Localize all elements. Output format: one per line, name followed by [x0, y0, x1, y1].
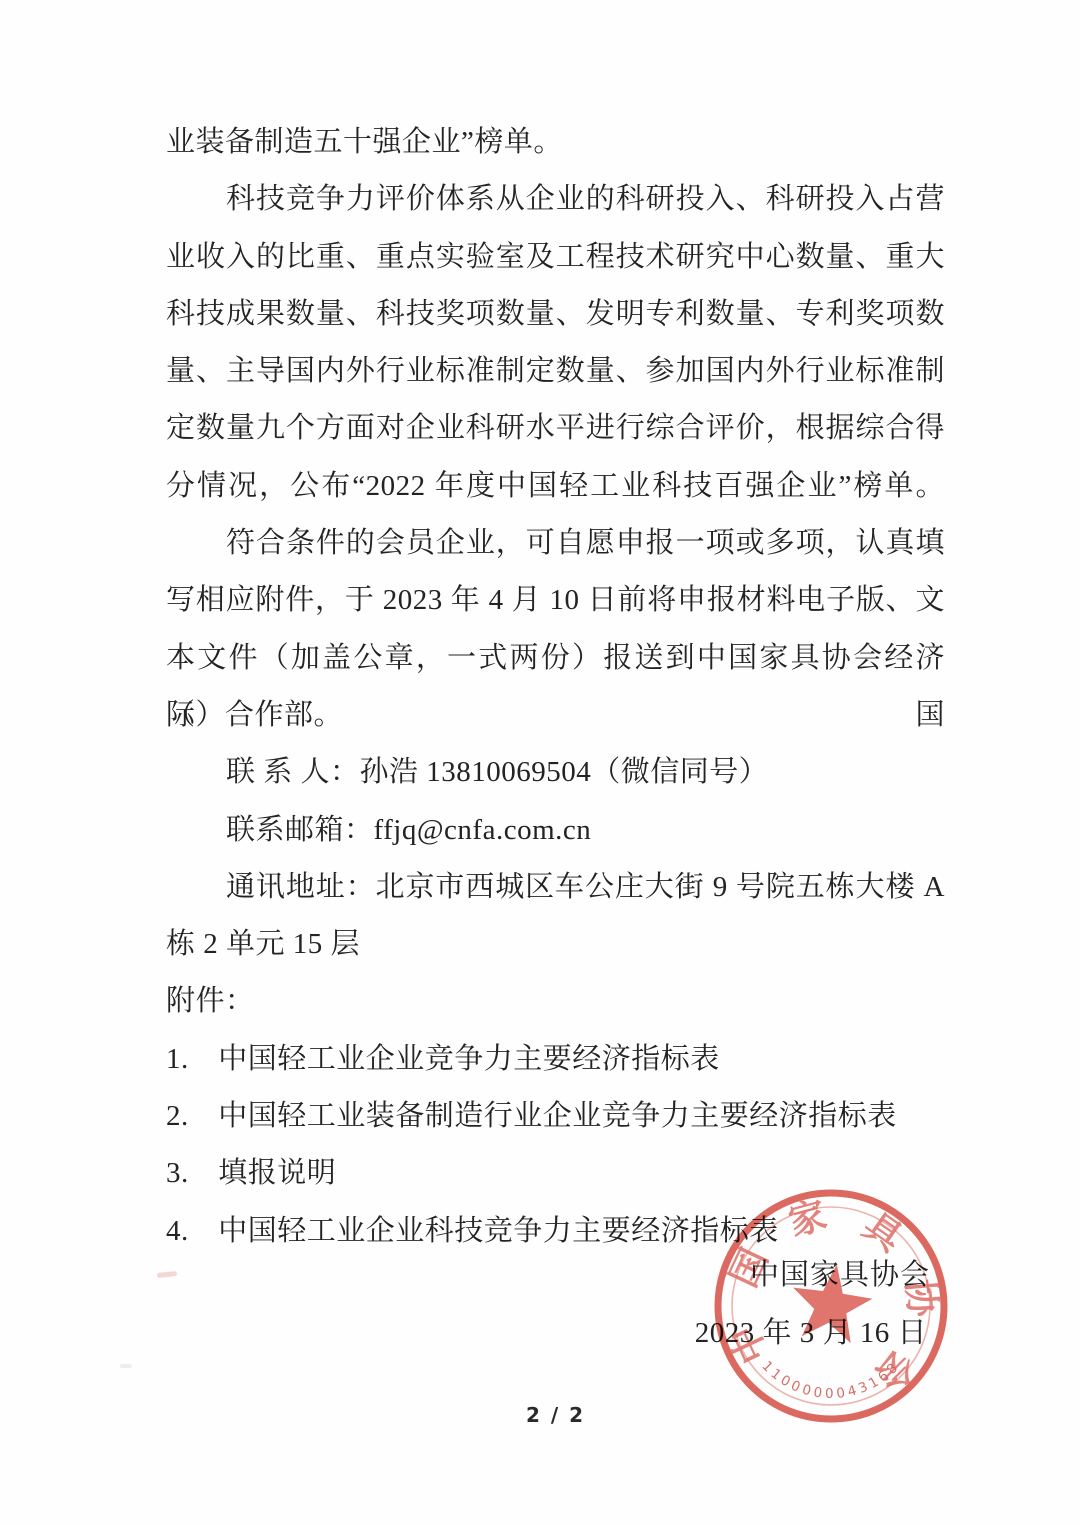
- text-line: 业装备制造五十强企业”榜单。: [166, 114, 945, 171]
- text-line: 1. 中国轻工业企业竞争力主要经济指标表: [166, 1031, 945, 1088]
- text-line: 2. 中国轻工业装备制造行业企业竞争力主要经济指标表: [166, 1088, 945, 1145]
- text-line: 联 系 人：孙浩 13810069504（微信同号）: [166, 744, 945, 801]
- text-line: 科技竞争力评价体系从企业的科研投入、科研投入占营: [166, 171, 945, 228]
- text-line: 附件：: [166, 973, 945, 1030]
- text-line: 栋 2 单元 15 层: [166, 916, 945, 973]
- seal-ring-char: 具: [855, 1205, 910, 1261]
- text-line: 分情况，公布“2022 年度中国轻工业科技百强企业”榜单。: [166, 458, 945, 515]
- text-line: 联系邮箱：ffjq@cnfa.com.cn: [166, 802, 945, 859]
- scan-artifact: [157, 1271, 177, 1278]
- official-seal: 中国家具协会 1100000043168: [701, 1176, 961, 1436]
- text-line: 定数量九个方面对企业科研水平进行综合评价，根据综合得: [166, 400, 945, 457]
- text-line: 符合条件的会员企业，可自愿申报一项或多项，认真填: [166, 515, 945, 572]
- star-icon: [793, 1264, 872, 1343]
- text-line: 量、主导国内外行业标准制定数量、参加国内外行业标准制: [166, 343, 945, 400]
- scan-artifact: [120, 1364, 132, 1368]
- text-line: 写相应附件，于 2023 年 4 月 10 日前将申报材料电子版、文: [166, 572, 945, 629]
- text-line: 通讯地址：北京市西城区车公庄大街 9 号院五栋大楼 A: [166, 859, 945, 916]
- document-body: 业装备制造五十强企业”榜单。科技竞争力评价体系从企业的科研投入、科研投入占营业收…: [166, 114, 945, 1260]
- seal-ring-char: 协: [898, 1278, 943, 1321]
- text-line: 业收入的比重、重点实验室及工程技术研究中心数量、重大: [166, 229, 945, 286]
- text-line: 本文件（加盖公章，一式两份）报送到中国家具协会经济（国: [166, 630, 945, 687]
- text-line: 科技成果数量、科技奖项数量、发明专利数量、专利奖项数: [166, 286, 945, 343]
- document-page: 业装备制造五十强企业”榜单。科技竞争力评价体系从企业的科研投入、科研投入占营业收…: [0, 0, 1080, 1526]
